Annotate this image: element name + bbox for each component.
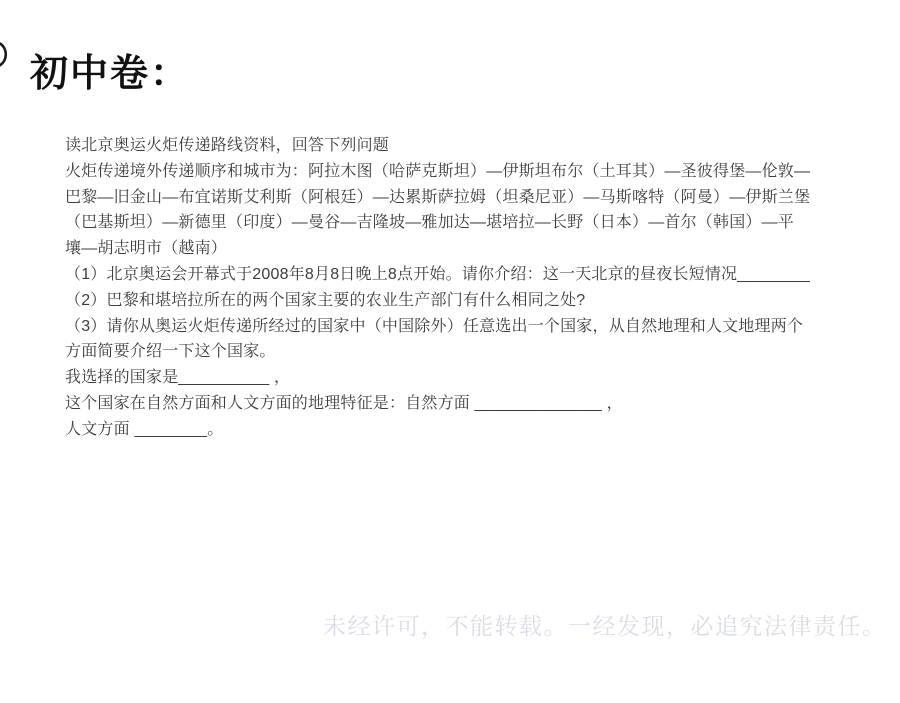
corner-pen-mark-icon: [0, 41, 9, 67]
text-line-question-3b: 方面简要介绍一下这个国家。: [65, 339, 865, 365]
text-line-intro: 读北京奥运火炬传递路线资料，回答下列问题: [65, 133, 865, 159]
text-line-answer-country: 我选择的国家是__________ ，: [65, 365, 865, 391]
text-line-answer-human: 人文方面 ________。: [65, 417, 865, 443]
text-line-route-1: 火炬传递境外传递顺序和城市为：阿拉木图（哈萨克斯坦）—伊斯坦布尔（土耳其）—圣彼…: [65, 159, 865, 185]
text-line-route-3: （巴基斯坦）—新德里（印度）—曼谷—吉隆坡—雅加达—堪培拉—长野（日本）—首尔（…: [65, 210, 865, 236]
copyright-watermark: 未经许可，不能转载。一经发现，必追究法律责任。: [323, 608, 887, 641]
text-line-question-2: （2）巴黎和堪培拉所在的两个国家主要的农业生产部门有什么相同之处?: [65, 288, 865, 314]
text-line-route-2: 巴黎—旧金山—布宜诺斯艾利斯（阿根廷）—达累斯萨拉姆（坦桑尼亚）—马斯喀特（阿曼…: [65, 185, 865, 211]
text-line-answer-natural: 这个国家在自然方面和人文方面的地理特征是：自然方面 ______________…: [65, 391, 865, 417]
text-line-question-3: （3）请你从奥运火炬传递所经过的国家中（中国除外）任意选出一个国家，从自然地理和…: [65, 314, 865, 340]
page-title: 初中卷：: [30, 42, 190, 97]
text-line-route-4: 壤—胡志明市（越南）: [65, 236, 865, 262]
document-page: 初中卷： 读北京奥运火炬传递路线资料，回答下列问题 火炬传递境外传递顺序和城市为…: [0, 0, 900, 703]
question-text-block: 读北京奥运火炬传递路线资料，回答下列问题 火炬传递境外传递顺序和城市为：阿拉木图…: [65, 133, 865, 443]
text-line-question-1: （1）北京奥运会开幕式于2008年8月8日晚上8点开始。请你介绍：这一天北京的昼…: [65, 262, 865, 288]
